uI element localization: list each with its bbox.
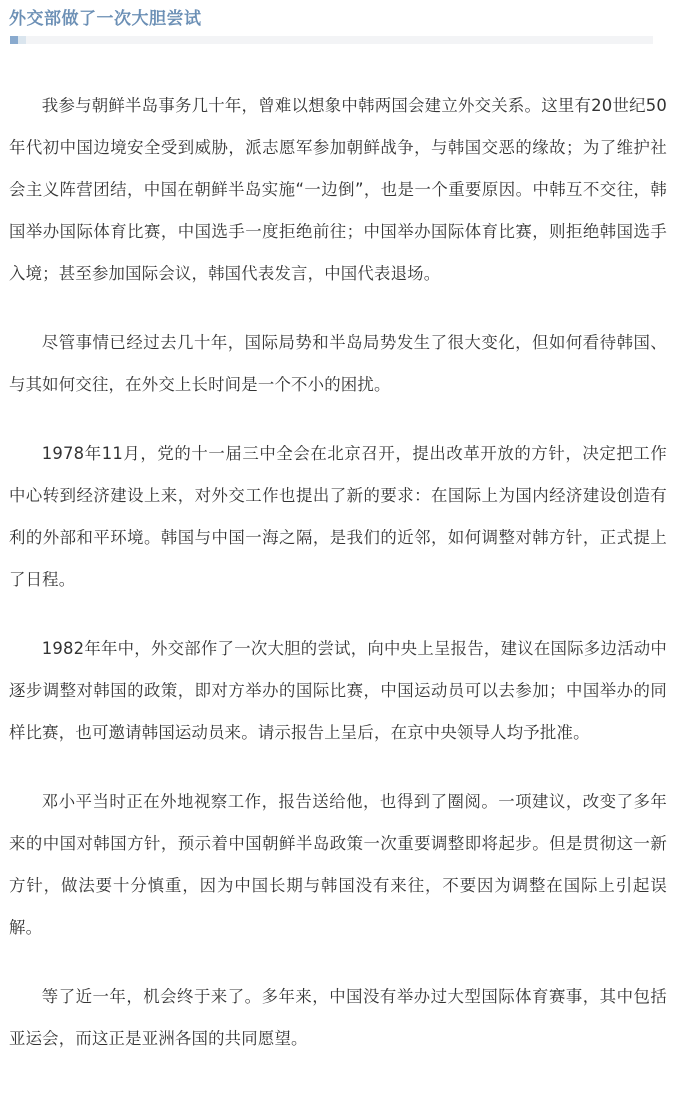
paragraph-1: 我参与朝鲜半岛事务几十年，曾难以想象中韩两国会建立外交关系。这里有20世纪50年… <box>9 85 667 295</box>
paragraph-2: 尽管事情已经过去几十年，国际局势和半岛局势发生了很大变化，但如何看待韩国、与其如… <box>9 322 667 406</box>
title-bar-accent-light <box>18 36 26 44</box>
article-body: 我参与朝鲜半岛事务几十年，曾难以想象中韩两国会建立外交关系。这里有20世纪50年… <box>9 85 667 1060</box>
paragraph-5: 邓小平当时正在外地视察工作，报告送给他，也得到了圈阅。一项建议，改变了多年来的中… <box>9 781 667 949</box>
title-bar-accent-dark <box>10 36 18 44</box>
title-underline-bar <box>10 36 653 44</box>
section-title: 外交部做了一次大胆尝试 <box>9 0 667 32</box>
paragraph-4: 1982年年中，外交部作了一次大胆的尝试，向中央上呈报告，建议在国际多边活动中逐… <box>9 628 667 754</box>
paragraph-6: 等了近一年，机会终于来了。多年来，中国没有举办过大型国际体育赛事，其中包括亚运会… <box>9 976 667 1060</box>
paragraph-3: 1978年11月，党的十一届三中全会在北京召开，提出改革开放的方针，决定把工作中… <box>9 433 667 601</box>
article: 外交部做了一次大胆尝试 我参与朝鲜半岛事务几十年，曾难以想象中韩两国会建立外交关… <box>0 0 676 1060</box>
